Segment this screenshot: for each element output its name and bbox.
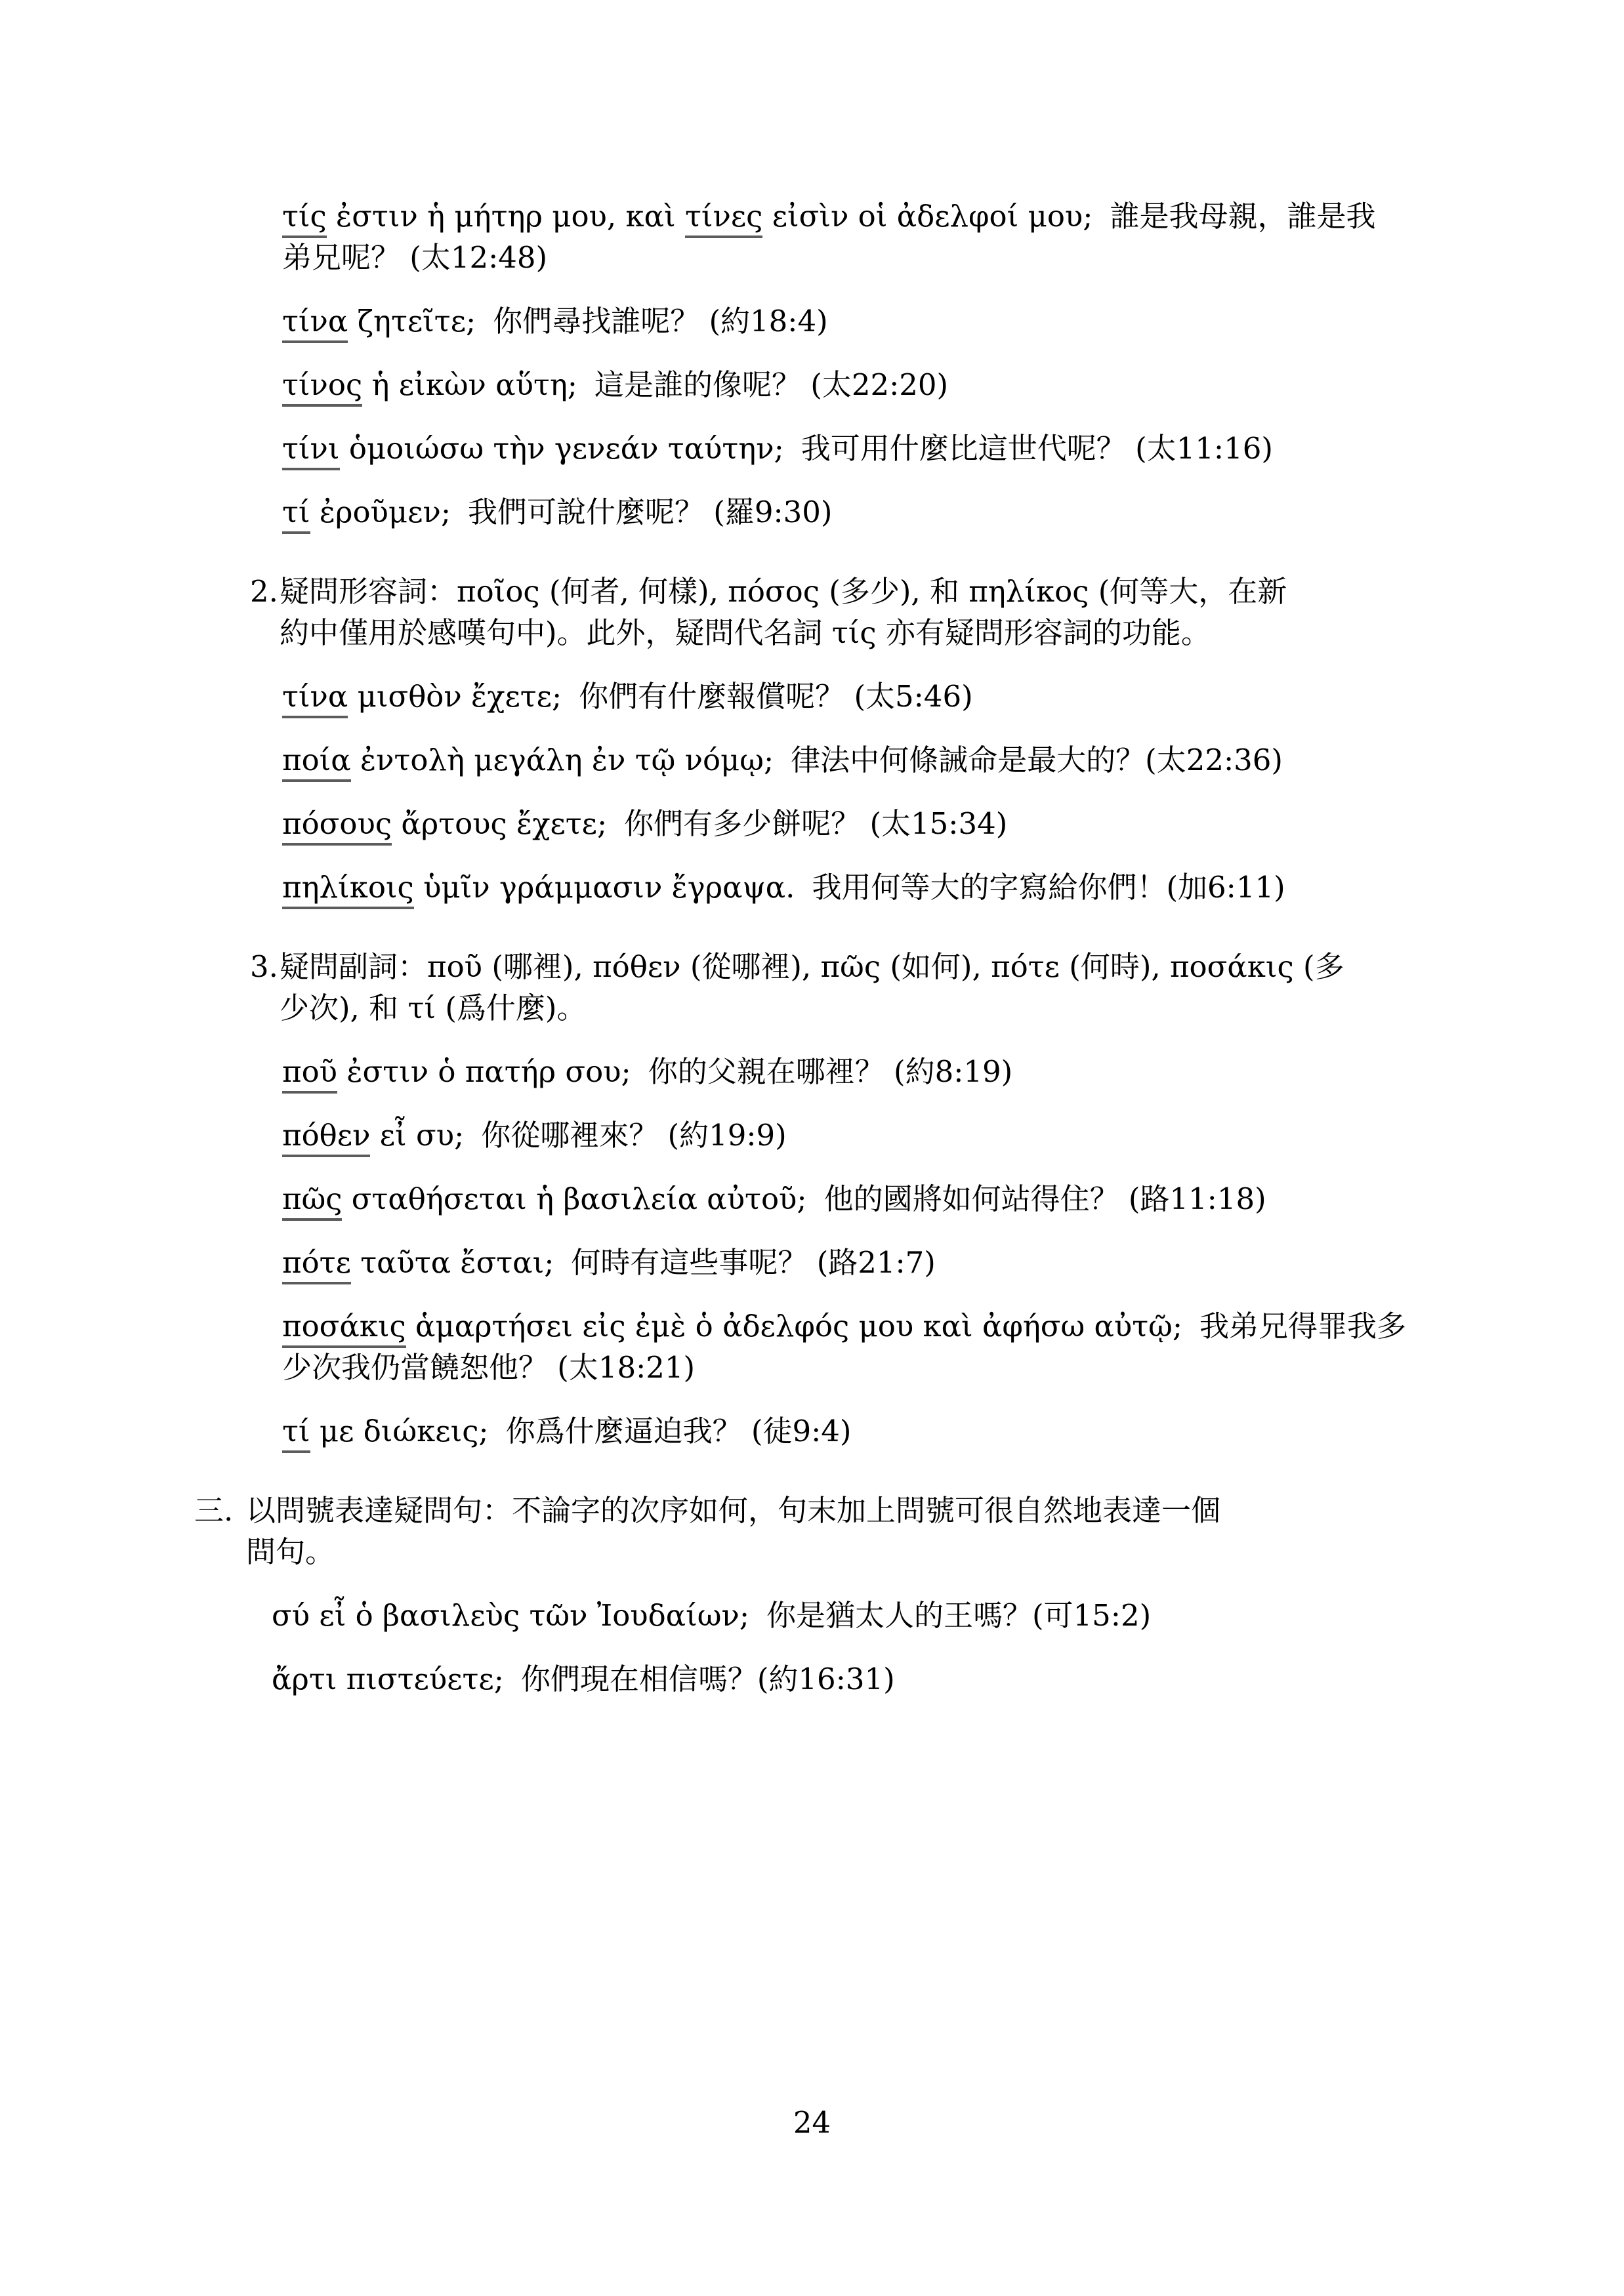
chinese-text: 你是猶太人的王嗎？(可15:2): [766, 1598, 1151, 1633]
greek-text: πηλίκος: [968, 574, 1089, 609]
chinese-text: 你們有什麼報償呢？ (太5:46): [579, 679, 972, 714]
chinese-text: 弟兄呢？ (太12:48): [282, 240, 547, 275]
chinese-text: 我們可說什麼呢？ (羅9:30): [468, 495, 832, 529]
interrogative-word-underlined: τίνι: [282, 431, 340, 470]
section-heading: 疑問副詞：ποῦ (哪裡), πόθεν (從哪裡), πῶς (如何), πό…: [194, 946, 1480, 1029]
chinese-text: 我可用什麼比這世代呢？ (太11:16): [801, 431, 1273, 466]
example-line: σύ εἶ ὁ βασιλεὺς τῶν Ἰουδαίων;你是猶太人的王嗎？(…: [272, 1595, 1480, 1636]
document-body: τίς ἐστιν ἡ μήτηρ μου, καὶ τίνες εἰσὶν ο…: [194, 195, 1480, 1700]
interrogative-word-underlined: τίς: [282, 199, 327, 238]
greek-text: ὁμοιώσω τὴν γενεάν ταύτην;: [340, 431, 784, 466]
interrogative-word-underlined: τίνα: [282, 679, 348, 718]
chinese-text: 少次), 和: [280, 991, 407, 1025]
greek-text: εἶ συ;: [370, 1118, 464, 1153]
chinese-text: (多少), 和: [820, 574, 968, 609]
section-interrogative-pronoun-examples: τίς ἐστιν ἡ μήτηρ μου, καὶ τίνες εἰσὶν ο…: [194, 195, 1480, 533]
chinese-text: 疑問副詞：: [280, 949, 427, 984]
page-number: 24: [0, 2103, 1624, 2142]
interrogative-word-underlined: ποῦ: [282, 1054, 337, 1094]
section-number: 三.: [194, 1490, 233, 1531]
chinese-text: (何等大，在新: [1089, 574, 1287, 609]
chinese-text: 你們有多少餅呢？ (太15:34): [624, 806, 1007, 841]
chinese-text: 少次我仍當饒恕他？ (太18:21): [282, 1350, 695, 1385]
chinese-text: 誰是我母親，誰是我: [1110, 199, 1375, 234]
section-number: 2.: [250, 571, 278, 612]
example-line: τίνι ὁμοιώσω τὴν γενεάν ταύτην;我可用什麼比這世代…: [282, 428, 1480, 469]
interrogative-word-underlined: τί: [282, 1414, 310, 1453]
interrogative-word-underlined: τίνες: [685, 199, 762, 238]
greek-text: τίς: [832, 615, 877, 650]
example-line: ποσάκις ἁμαρτήσει εἰς ἐμὲ ὁ ἀδελφός μου …: [282, 1305, 1480, 1388]
interrogative-word-underlined: τίνα: [282, 304, 348, 343]
chinese-text: (爲什麼)。: [436, 991, 586, 1025]
section-2-interrogative-adjectives: 2.疑問形容詞：ποῖος (何者, 何樣), πόσος (多少), 和 πη…: [194, 571, 1480, 908]
interrogative-word-underlined: ποία: [282, 743, 351, 782]
greek-text: ἐστιν ἡ μήτηρ μου, καὶ: [327, 199, 685, 234]
interrogative-word-underlined: πηλίκοις: [282, 870, 414, 909]
greek-text: πόθεν: [593, 949, 680, 984]
greek-text: ταῦτα ἔσται;: [351, 1245, 554, 1280]
interrogative-word-underlined: πότε: [282, 1245, 351, 1284]
section-3-interrogative-adverbs: 3.疑問副詞：ποῦ (哪裡), πόθεν (從哪裡), πῶς (如何), …: [194, 946, 1480, 1452]
chinese-text: 約中僅用於感嘆句中)。此外，疑問代名詞: [280, 615, 832, 650]
greek-text: ἄρτους ἔχετε;: [392, 806, 607, 841]
greek-text: ἐντολὴ μεγάλη ἐν τῷ νόμῳ;: [351, 743, 774, 777]
example-line: ποία ἐντολὴ μεγάλη ἐν τῷ νόμῳ;律法中何條誡命是最大…: [282, 739, 1480, 781]
greek-text: ποῖος: [457, 574, 540, 609]
chinese-text: 疑問形容詞：: [280, 574, 457, 609]
example-line: τί ἐροῦμεν;我們可說什麼呢？ (羅9:30): [282, 491, 1480, 533]
greek-text: ζητεῖτε;: [348, 304, 476, 338]
chinese-text: 你爲什麼逼迫我？ (徒9:4): [506, 1414, 852, 1448]
chinese-text: 問句。: [246, 1534, 335, 1569]
example-line: πηλίκοις ὑμῖν γράμμασιν ἔγραψα.我用何等大的字寫給…: [282, 867, 1480, 908]
example-line: ἄρτι πιστεύετε;你們現在相信嗎？(約16:31): [272, 1658, 1480, 1700]
greek-text: εἰσὶν οἱ ἀδελφοί μου;: [762, 199, 1093, 234]
chinese-text: (何時),: [1060, 949, 1170, 984]
example-line: πῶς σταθήσεται ἡ βασιλεία αὐτοῦ;他的國將如何站得…: [282, 1178, 1480, 1220]
chinese-text: 你們現在相信嗎？(約16:31): [521, 1662, 895, 1696]
document-page: τίς ἐστιν ἡ μήτηρ μου, καὶ τίνες εἰσὶν ο…: [0, 0, 1624, 2296]
example-line: ποῦ ἐστιν ὁ πατήρ σου;你的父親在哪裡？ (約8:19): [282, 1051, 1480, 1092]
greek-text: ἡ εἰκὼν αὕτη;: [362, 367, 577, 402]
interrogative-word-underlined: ποσάκις: [282, 1309, 406, 1348]
interrogative-word-underlined: τί: [282, 495, 310, 534]
section-heading: 以問號表達疑問句：不論字的次序如何，句末加上問號可很自然地表達一個問句。: [194, 1490, 1480, 1572]
greek-text: πόσος: [728, 574, 820, 609]
greek-text: πῶς: [821, 949, 881, 984]
interrogative-word-underlined: τίνος: [282, 367, 362, 407]
greek-text: ἄρτι πιστεύετε;: [272, 1662, 504, 1696]
section-number: 3.: [250, 946, 278, 987]
chinese-text: 我弟兄得罪我多: [1199, 1309, 1406, 1343]
greek-text: ἐροῦμεν;: [310, 495, 451, 529]
example-line: τίς ἐστιν ἡ μήτηρ μου, καὶ τίνες εἰσὶν ο…: [282, 195, 1480, 278]
interrogative-word-underlined: πόσους: [282, 806, 392, 846]
example-line: τίνα ζητεῖτε;你們尋找誰呢？ (約18:4): [282, 300, 1480, 342]
greek-text: ποῦ: [427, 949, 482, 984]
greek-text: σταθήσεται ἡ βασιλεία αὐτοῦ;: [342, 1181, 806, 1216]
chinese-text: (哪裡),: [482, 949, 593, 984]
chinese-text: 這是誰的像呢？ (太22:20): [594, 367, 948, 402]
section-san-question-mark-interrogation: 三.以問號表達疑問句：不論字的次序如何，句末加上問號可很自然地表達一個問句。σύ…: [194, 1490, 1480, 1700]
greek-text: σύ εἶ ὁ βασιλεὺς τῶν Ἰουδαίων;: [272, 1598, 749, 1633]
chinese-text: 你的父親在哪裡？ (約8:19): [648, 1054, 1012, 1089]
interrogative-word-underlined: πῶς: [282, 1181, 342, 1221]
chinese-text: 亦有疑問形容詞的功能。: [877, 615, 1211, 650]
chinese-text: (如何),: [881, 949, 991, 984]
greek-text: ὑμῖν γράμμασιν ἔγραψα.: [414, 870, 795, 905]
section-heading: 疑問形容詞：ποῖος (何者, 何樣), πόσος (多少), 和 πηλί…: [194, 571, 1480, 653]
example-line: τίνα μισθὸν ἔχετε;你們有什麼報償呢？ (太5:46): [282, 676, 1480, 717]
chinese-text: 你從哪裡來？ (約19:9): [481, 1118, 786, 1153]
greek-text: μισθὸν ἔχετε;: [348, 679, 562, 714]
interrogative-word-underlined: πόθεν: [282, 1118, 370, 1157]
chinese-text: (何者, 何樣),: [540, 574, 728, 609]
greek-text: τί: [407, 991, 436, 1025]
greek-text: ἁμαρτήσει εἰς ἐμὲ ὁ ἀδελφός μου καὶ ἀφήσ…: [406, 1309, 1182, 1343]
example-line: πόθεν εἶ συ;你從哪裡來？ (約19:9): [282, 1115, 1480, 1156]
greek-text: με διώκεις;: [310, 1414, 489, 1448]
greek-text: πότε: [991, 949, 1060, 984]
chinese-text: 何時有這些事呢？ (路21:7): [571, 1245, 935, 1280]
greek-text: ἐστιν ὁ πατήρ σου;: [337, 1054, 631, 1089]
chinese-text: 我用何等大的字寫給你們！(加6:11): [812, 870, 1285, 905]
example-line: πόσους ἄρτους ἔχετε;你們有多少餅呢？ (太15:34): [282, 803, 1480, 844]
greek-text: ποσάκις: [1170, 949, 1294, 984]
chinese-text: 你們尋找誰呢？ (約18:4): [493, 304, 827, 338]
example-line: πότε ταῦτα ἔσται;何時有這些事呢？ (路21:7): [282, 1242, 1480, 1283]
chinese-text: 律法中何條誡命是最大的？(太22:36): [791, 743, 1283, 777]
chinese-text: (多: [1294, 949, 1344, 984]
chinese-text: 他的國將如何站得住？ (路11:18): [824, 1181, 1266, 1216]
example-line: τίνος ἡ εἰκὼν αὕτη;這是誰的像呢？ (太22:20): [282, 364, 1480, 405]
chinese-text: 以問號表達疑問句：不論字的次序如何，句末加上問號可很自然地表達一個: [246, 1493, 1220, 1528]
chinese-text: (從哪裡),: [681, 949, 821, 984]
example-line: τί με διώκεις;你爲什麼逼迫我？ (徒9:4): [282, 1410, 1480, 1452]
